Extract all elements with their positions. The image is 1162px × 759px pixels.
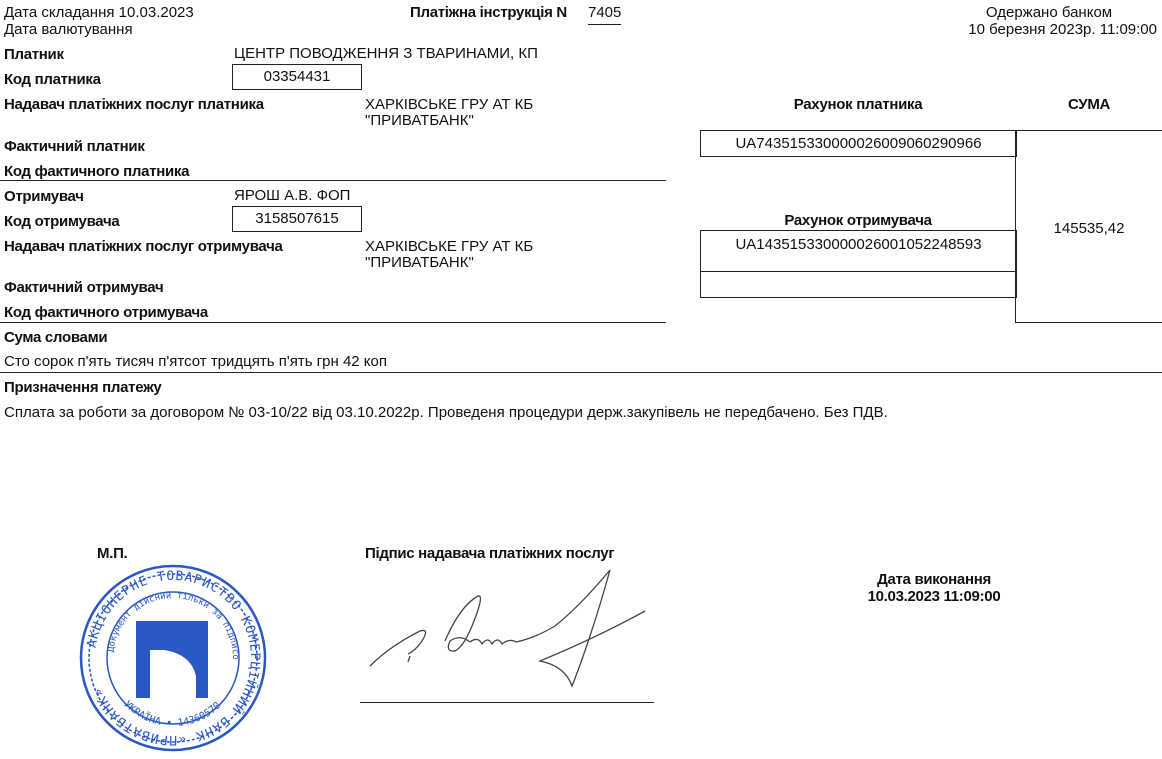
signature-label: Підпис надавача платіжних послуг — [365, 546, 614, 562]
execution-date-label: Дата виконання — [820, 572, 1048, 588]
bank-stamp-icon: АКЦІОНЕРНЕ ТОВАРИСТВО КОМЕРЦІЙНИЙ БАНК «… — [78, 558, 268, 758]
recipient-code-label: Код отримувача — [4, 214, 119, 230]
amount-words-value: Сто сорок п'ять тисяч п'ятсот тридцять п… — [4, 354, 387, 370]
received-label: Одержано банком — [940, 5, 1158, 21]
actual-payer-code-label: Код фактичного платника — [4, 164, 189, 180]
actual-recipient-label: Фактичний отримувач — [4, 280, 163, 296]
payer-code-label: Код платника — [4, 72, 101, 88]
amount-label: СУМА — [1016, 97, 1162, 113]
recipient-provider-line1: ХАРКІВСЬКЕ ГРУ АТ КБ — [365, 239, 533, 255]
recipient-account-box: UA143515330000026001052248593 — [700, 230, 1017, 272]
recipient-account-label: Рахунок отримувача — [700, 213, 1016, 229]
actual-payer-label: Фактичний платник — [4, 139, 145, 155]
amount-cell-bottom-border — [1015, 322, 1162, 323]
received-value: 10 березня 2023р. 11:09:00 — [900, 22, 1157, 38]
divider — [0, 372, 1162, 373]
instruction-number: 7405 — [588, 5, 621, 25]
value-date-label: Дата валютування — [4, 22, 133, 38]
payer-code-value: 03354431 — [264, 68, 331, 85]
payer-provider-line2: "ПРИВАТБАНК" — [365, 113, 474, 129]
recipient-name: ЯРОШ А.В. ФОП — [234, 188, 350, 204]
recipient-account-value: UA143515330000026001052248593 — [735, 236, 981, 253]
payer-provider-label: Надавач платіжних послуг платника — [4, 97, 264, 113]
amount-words-label: Сума словами — [4, 330, 107, 346]
recipient-label: Отримувач — [4, 189, 84, 205]
payer-code-box: 03354431 — [232, 64, 362, 90]
signature — [360, 566, 660, 706]
recipient-code-value: 3158507615 — [255, 210, 338, 227]
purpose-label: Призначення платежу — [4, 380, 161, 396]
divider — [0, 322, 666, 323]
payer-account-label: Рахунок платника — [700, 97, 1016, 113]
payer-label: Платник — [4, 47, 64, 63]
payer-account-value: UA743515330000026009060290966 — [735, 135, 981, 152]
recipient-extra-box — [700, 271, 1017, 298]
divider — [0, 180, 666, 181]
date-composed-label: Дата складання — [4, 4, 115, 21]
payer-provider-line1: ХАРКІВСЬКЕ ГРУ АТ КБ — [365, 97, 533, 113]
date-composed-value: 10.03.2023 — [119, 4, 194, 21]
signature-icon — [360, 566, 660, 706]
recipient-provider-label: Надавач платіжних послуг отримувача — [4, 239, 283, 255]
purpose-value: Сплата за роботи за договором № 03-10/22… — [4, 405, 888, 421]
signature-line — [360, 702, 654, 703]
actual-recipient-code-label: Код фактичного отримувача — [4, 305, 208, 321]
bank-stamp: АКЦІОНЕРНЕ ТОВАРИСТВО КОМЕРЦІЙНИЙ БАНК «… — [78, 558, 268, 758]
amount-value: 145535,42 — [1016, 221, 1162, 237]
amount-cell-top-border — [1015, 130, 1162, 131]
execution-date-value: 10.03.2023 11:09:00 — [820, 589, 1048, 605]
recipient-provider-line2: "ПРИВАТБАНК" — [365, 255, 474, 271]
recipient-code-box: 3158507615 — [232, 206, 362, 232]
document-title: Платіжна інструкція N — [410, 5, 567, 21]
payer-account-box: UA743515330000026009060290966 — [700, 130, 1017, 157]
date-composed: Дата складання 10.03.2023 — [4, 5, 194, 21]
title-label: Платіжна інструкція N — [410, 4, 567, 21]
payer-name: ЦЕНТР ПОВОДЖЕННЯ З ТВАРИНАМИ, КП — [234, 46, 538, 62]
